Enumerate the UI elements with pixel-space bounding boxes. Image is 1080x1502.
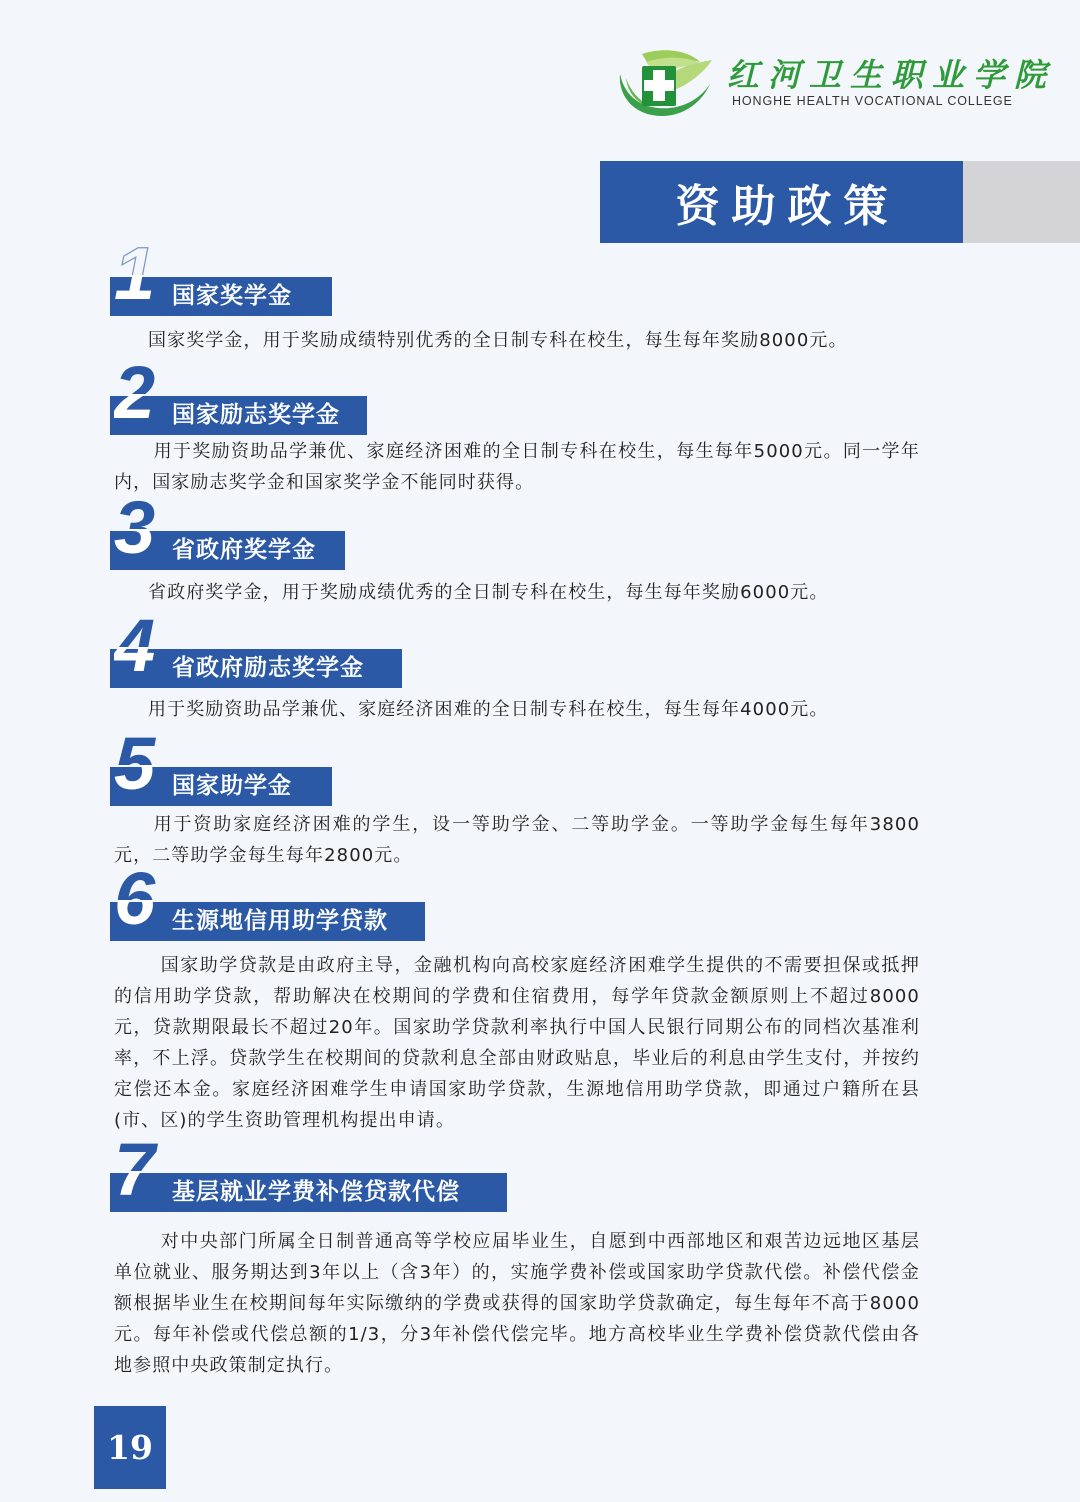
- section-6-body: 国家助学贷款是由政府主导，金融机构向高校家庭经济困难学生提供的不需要担保或抵押的…: [114, 950, 920, 1136]
- section-heading: 省政府励志奖学金: [172, 649, 364, 688]
- section-heading: 省政府奖学金: [172, 531, 316, 570]
- section-number: 3 3: [114, 488, 162, 568]
- section-heading: 基层就业学费补偿贷款代偿: [172, 1173, 460, 1212]
- title-banner: 资助政策: [600, 161, 1080, 243]
- school-name-cn: 红河卫生职业学院: [727, 50, 1055, 96]
- section-number: 4 4: [114, 606, 162, 686]
- section-1-body: 国家奖学金，用于奖励成绩特别优秀的全日制专科在校生，每生每年奖励8000元。: [148, 325, 948, 356]
- page-number: 19: [94, 1406, 166, 1489]
- section-4-body: 用于奖励资助品学兼优、家庭经济困难的全日制专科在校生，每生每年4000元。: [148, 694, 948, 725]
- title-banner-gray-extension: [963, 161, 1080, 243]
- page-title: 资助政策: [664, 170, 900, 234]
- green-cross-swoosh-logo-icon: [612, 44, 720, 124]
- college-logo: 红河卫生职业学院 HONGHE HEALTH VOCATIONAL COLLEG…: [612, 44, 1012, 124]
- section-heading: 国家奖学金: [172, 277, 292, 316]
- section-number: 6 6: [114, 859, 162, 939]
- section-3-body: 省政府奖学金，用于奖励成绩优秀的全日制专科在校生，每生每年奖励6000元。: [148, 577, 948, 608]
- section-5-body: 用于资助家庭经济困难的学生，设一等助学金、二等助学金。一等助学金每生每年3800…: [114, 809, 920, 871]
- section-heading: 国家励志奖学金: [172, 396, 340, 435]
- section-2-body: 用于奖励资助品学兼优、家庭经济困难的全日制专科在校生，每生每年5000元。同一学…: [114, 436, 920, 498]
- section-heading: 国家助学金: [172, 767, 292, 806]
- section-number: 1 1: [114, 234, 162, 314]
- section-number: 7 7: [114, 1130, 162, 1210]
- school-name-en: HONGHE HEALTH VOCATIONAL COLLEGE: [732, 94, 1013, 108]
- section-number: 2 2: [114, 353, 162, 433]
- title-block: 资助政策: [600, 161, 963, 243]
- section-number: 5 5: [114, 724, 162, 804]
- section-7-body: 对中央部门所属全日制普通高等学校应届毕业生，自愿到中西部地区和艰苦边远地区基层单…: [114, 1226, 920, 1381]
- section-heading: 生源地信用助学贷款: [172, 902, 388, 941]
